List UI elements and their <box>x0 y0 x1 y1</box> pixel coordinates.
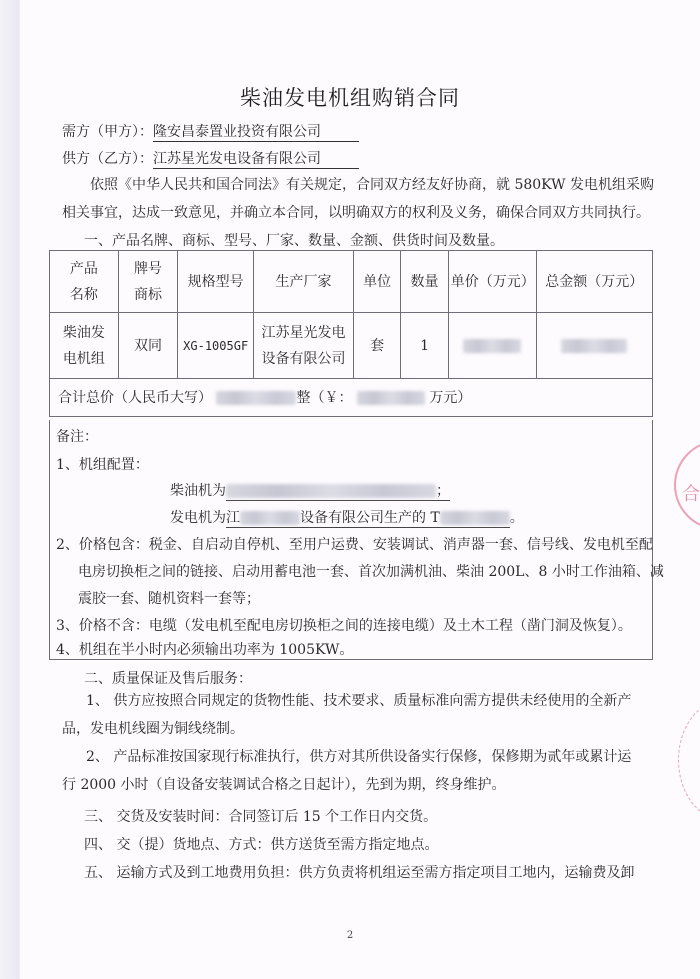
product-table: 产品名称 牌号商标 规格型号 生产厂家 单位 数量 单价（万元） 总金额（万元）… <box>49 250 653 417</box>
seal-upper-char: 合 <box>682 480 700 506</box>
notes-item-2-line-2: 电房切换柜之间的链接、启动用蓄电池一套、首次加满机油、柴油 200L、8 小时工… <box>78 561 664 581</box>
intro-line-1: 依照《中华人民共和国合同法》有关规定，合同双方经友好协商，就 580KW 发电机… <box>90 174 690 196</box>
notes-item-1-heading: 1、机组配置： <box>56 454 149 474</box>
seller-label: 供方（乙方）： <box>62 151 153 167</box>
header-product-name: 产品名称 <box>50 251 119 313</box>
header-manufacturer: 生产厂家 <box>254 251 354 313</box>
total-words-redacted <box>216 391 296 405</box>
intro-line-2: 相关事宜，达成一致意见，并确立本合同，以明确双方的权利及义务，确保合同双方共同执… <box>62 202 682 224</box>
notes-engine-line: 柴油机为； <box>170 480 450 501</box>
total-number-redacted <box>357 391 425 405</box>
section-5: 五、 运输方式及到工地费用负担：供方负责将机组运至需方指定项目工地内，运输费及卸 <box>84 862 694 882</box>
section-2-p1-line-2: 品，发电机线圈为铜线绕制。 <box>62 718 698 740</box>
cell-product: 柴油发电机组 <box>50 313 119 379</box>
cell-unit-price-redacted <box>448 313 536 379</box>
notes-item-2-line-1: 2、价格包含：税金、自启动自停机、至用户运费、安装调试、消声器一套、信号线、发电… <box>56 534 653 554</box>
cell-manufacturer: 江苏星光发电设备有限公司 <box>254 313 354 379</box>
buyer-name: 隆安昌泰置业投资有限公司 <box>153 124 359 142</box>
document-title: 柴油发电机组购销合同 <box>0 82 700 112</box>
seller-name: 江苏星光发电设备有限公司 <box>153 151 359 169</box>
page-scan-edge <box>0 0 20 979</box>
notes-box: 备注： 1、机组配置： 柴油机为； 发电机为江设备有限公司生产的 T。 2、价格… <box>49 420 653 660</box>
header-unit: 单位 <box>353 251 400 313</box>
section-2-p1-line-1: 1、 供方应按照合同规定的货物性能、技术要求、质量标准向需方提供未经使用的全新产 <box>86 690 686 712</box>
header-quantity: 数量 <box>401 251 448 313</box>
cell-model: XG-1005GF <box>178 313 254 379</box>
section-2-heading: 二、质量保证及售后服务： <box>84 668 252 688</box>
total-words-suffix: 整（￥： <box>296 390 352 406</box>
notes-heading: 备注： <box>56 426 98 446</box>
header-model: 规格型号 <box>178 251 254 313</box>
notes-generator-line: 发电机为江设备有限公司生产的 T。 <box>170 507 524 528</box>
seller-line: 供方（乙方）：江苏星光发电设备有限公司 <box>62 148 359 169</box>
table-header-row: 产品名称 牌号商标 规格型号 生产厂家 单位 数量 单价（万元） 总金额（万元） <box>50 251 653 313</box>
buyer-label: 需方（甲方）： <box>62 124 153 140</box>
notes-item-4: 4、机组在半小时内必须输出功率为 1005KW。 <box>56 639 353 659</box>
cell-total-redacted <box>536 313 652 379</box>
header-unit-price: 单价（万元） <box>448 251 536 313</box>
header-brand: 牌号商标 <box>118 251 177 313</box>
header-total-amount: 总金额（万元） <box>536 251 652 313</box>
section-3: 三、 交货及安装时间：合同签订后 15 个工作日内交货。 <box>84 806 437 826</box>
table-row: 柴油发电机组 双同 XG-1005GF 江苏星光发电设备有限公司 套 1 <box>50 313 653 379</box>
notes-item-2-line-3: 震胶一套、随机资料一套等； <box>78 588 260 608</box>
cell-brand: 双同 <box>118 313 177 379</box>
total-label: 合计总价（人民币大写） <box>58 390 212 406</box>
notes-item-3: 3、价格不含：电缆（发电机至配电房切换柜之间的连接电缆）及土木工程（凿门洞及恢复… <box>56 615 632 635</box>
cell-unit: 套 <box>353 313 400 379</box>
section-2-p2-line-1: 2、 产品标准按国家现行标准执行，供方对其所供设备实行保修，保修期为贰年或累计运 <box>86 746 686 768</box>
buyer-line: 需方（甲方）：隆安昌泰置业投资有限公司 <box>62 121 359 142</box>
total-suffix: 万元） <box>429 390 471 406</box>
generator-value: 江设备有限公司生产的 T <box>226 510 510 528</box>
section-1-heading: 一、产品名牌、商标、型号、厂家、数量、金额、供货时间及数量。 <box>84 230 504 250</box>
total-row: 合计总价（人民币大写） 整（￥： 万元） <box>50 379 653 417</box>
total-cell: 合计总价（人民币大写） 整（￥： 万元） <box>50 379 653 417</box>
cell-quantity: 1 <box>401 313 448 379</box>
engine-value-redacted: ； <box>226 483 450 501</box>
section-2-p2-line-2: 行 2000 小时（自设备安装调试合格之日起计），先到为期，终身维护。 <box>62 774 698 796</box>
section-4: 四、 交（提）货地点、方式：供方送货至需方指定地点。 <box>84 834 438 854</box>
page-number: 2 <box>0 930 700 941</box>
